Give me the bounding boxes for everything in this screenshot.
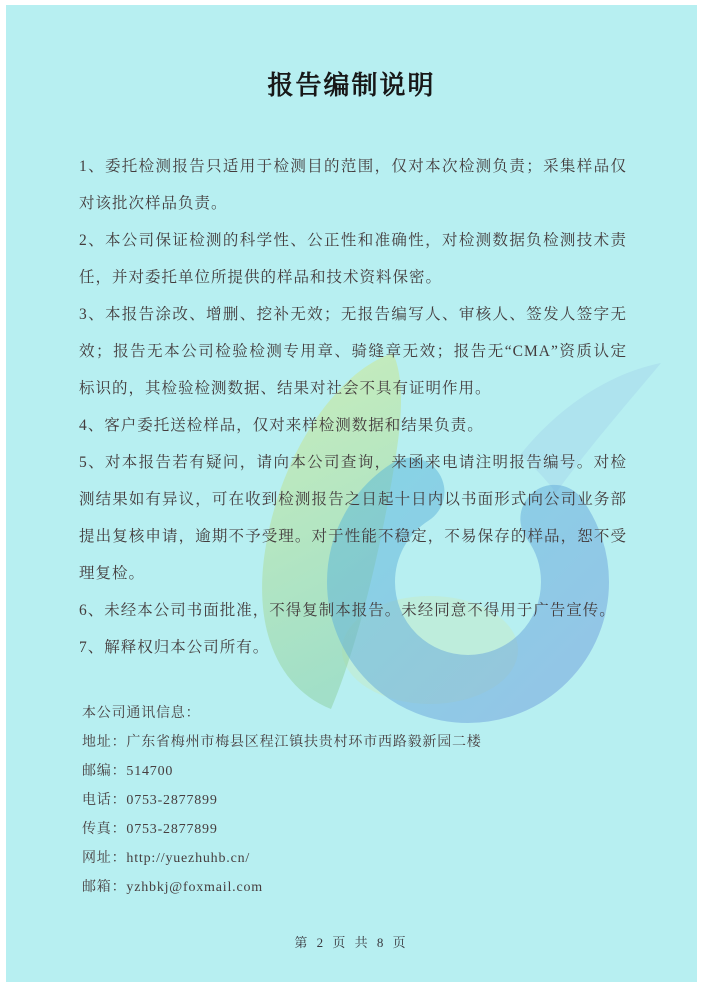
contact-email: 邮箱：yzhbkj@foxmail.com: [82, 873, 637, 902]
note-item-5: 5、对本报告若有疑问，请向本公司查询，来函来电请注明报告编号。对检测结果如有异议…: [79, 444, 627, 592]
note-item-3: 3、本报告涂改、增删、挖补无效；无报告编写人、审核人、签发人签字无效；报告无本公…: [79, 296, 627, 407]
scanned-report-page: 报告编制说明 1、委托检测报告只适用于检测目的范围，仅对本次检测负责；采集样品仅…: [6, 5, 697, 982]
contact-heading: 本公司通讯信息：: [82, 699, 637, 728]
contact-phone: 电话：0753-2877899: [82, 786, 637, 815]
notes-section: 1、委托检测报告只适用于检测目的范围，仅对本次检测负责；采集样品仅对该批次样品负…: [79, 148, 627, 666]
contact-address: 地址：广东省梅州市梅县区程江镇扶贵村环市西路毅新园二楼: [82, 728, 637, 757]
contact-postcode: 邮编：514700: [82, 757, 637, 786]
page-number: 第 2 页 共 8 页: [6, 932, 697, 951]
page-title: 报告编制说明: [6, 65, 697, 102]
contact-website: 网址：http://yuezhuhb.cn/: [82, 844, 637, 873]
note-item-7: 7、解释权归本公司所有。: [79, 629, 627, 666]
contact-fax: 传真：0753-2877899: [82, 815, 637, 844]
note-item-6: 6、未经本公司书面批准，不得复制本报告。未经同意不得用于广告宣传。: [79, 592, 627, 629]
note-item-2: 2、本公司保证检测的科学性、公正性和准确性，对检测数据负检测技术责任，并对委托单…: [79, 222, 627, 296]
note-item-1: 1、委托检测报告只适用于检测目的范围，仅对本次检测负责；采集样品仅对该批次样品负…: [79, 148, 627, 222]
note-item-4: 4、客户委托送检样品，仅对来样检测数据和结果负责。: [79, 407, 627, 444]
contact-section: 本公司通讯信息： 地址：广东省梅州市梅县区程江镇扶贵村环市西路毅新园二楼 邮编：…: [82, 699, 637, 902]
